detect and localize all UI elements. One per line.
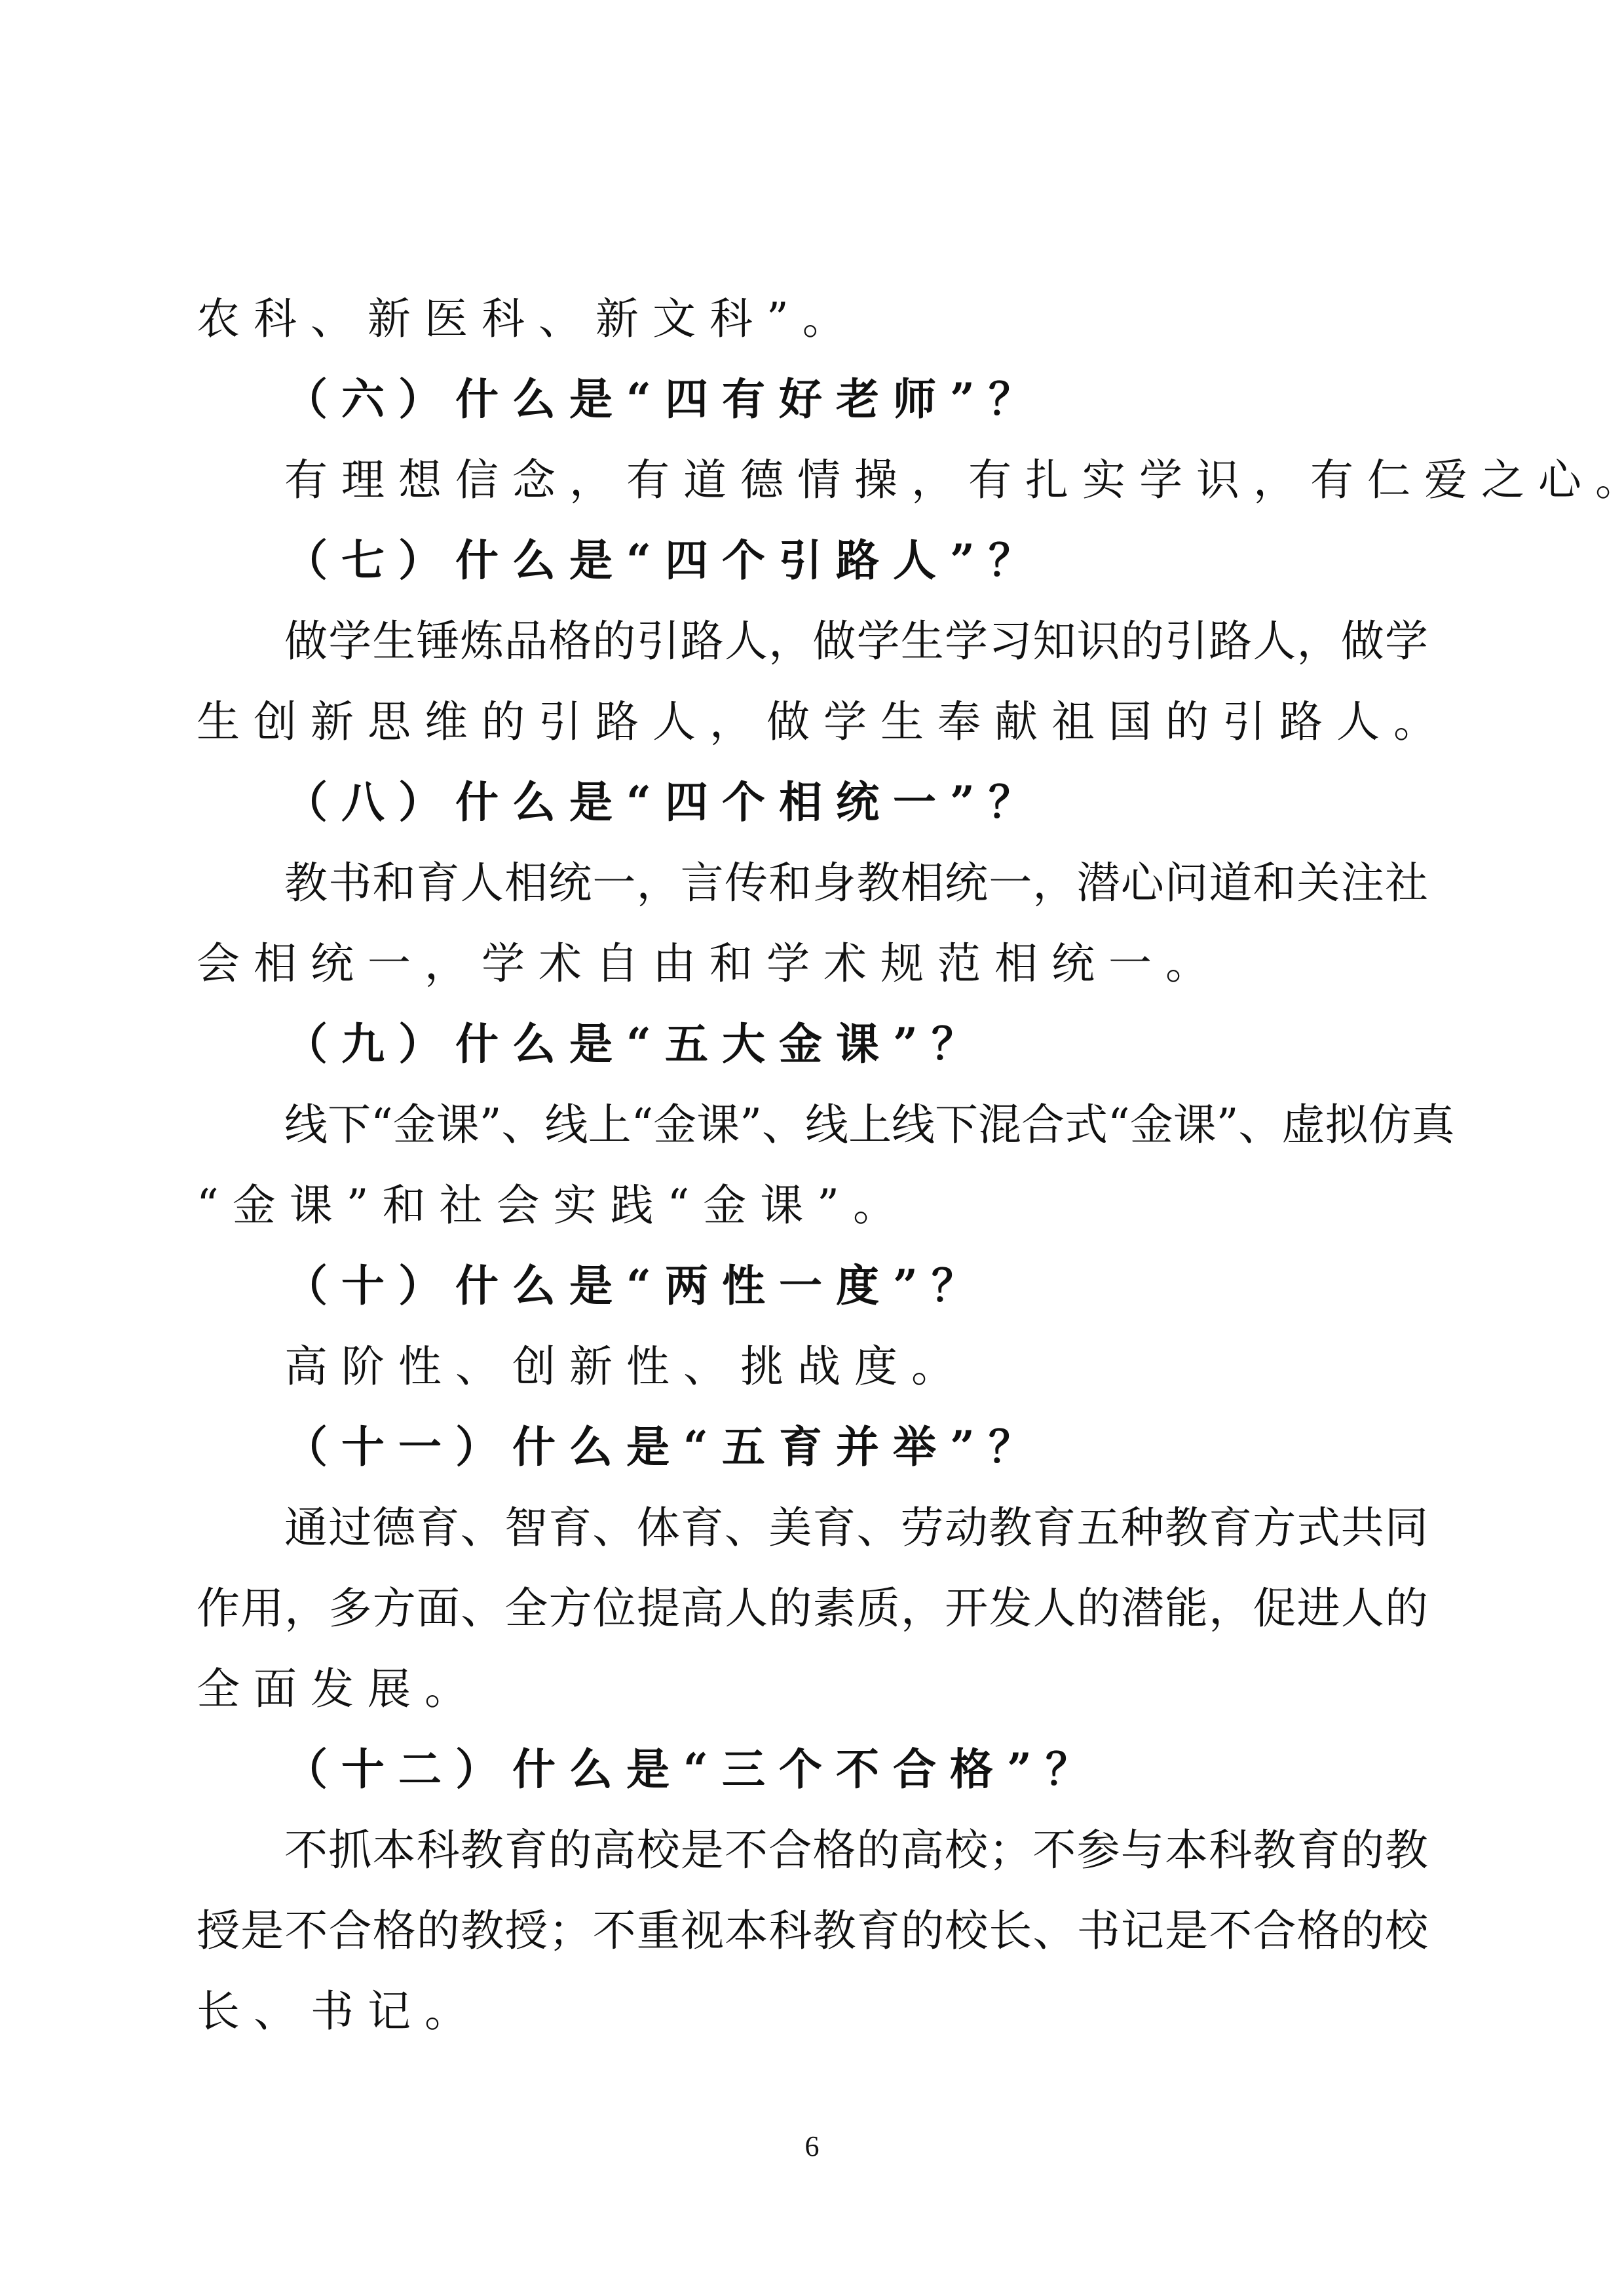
section-heading-9: （九）什么是“五大金课”？: [197, 1004, 1428, 1084]
paragraph-line: 高阶性、创新性、挑战度。: [197, 1326, 1428, 1407]
paragraph-line: 生创新思维的引路人，做学生奉献祖国的引路人。: [197, 681, 1428, 762]
section-heading-8: （八）什么是“四个相统一”？: [197, 762, 1428, 843]
paragraph-line: 农科、新医科、新文科”。: [197, 278, 1428, 359]
paragraph-line: 长、书记。: [197, 1971, 1428, 2052]
document-page: 农科、新医科、新文科”。 （六）什么是“四有好老师”？ 有理想信念，有道德情操，…: [0, 0, 1624, 2296]
page-number: 6: [0, 2130, 1624, 2163]
paragraph-line: 授是不合格的教授；不重视本科教育的校长、书记是不合格的校: [197, 1890, 1428, 1971]
section-heading-10: （十）什么是“两性一度”？: [197, 1246, 1428, 1326]
paragraph-line: 教书和育人相统一，言传和身教相统一，潜心问道和关注社: [197, 843, 1428, 923]
section-heading-7: （七）什么是“四个引路人”？: [197, 520, 1428, 601]
section-heading-11: （十一）什么是“五育并举”？: [197, 1407, 1428, 1487]
paragraph-line: 不抓本科教育的高校是不合格的高校；不参与本科教育的教: [197, 1810, 1428, 1890]
document-body: 农科、新医科、新文科”。 （六）什么是“四有好老师”？ 有理想信念，有道德情操，…: [197, 278, 1428, 2052]
paragraph-line: “金课”和社会实践“金课”。: [197, 1165, 1428, 1246]
section-heading-12: （十二）什么是“三个不合格”？: [197, 1729, 1428, 1810]
paragraph-line: 作用，多方面、全方位提高人的素质，开发人的潜能，促进人的: [197, 1568, 1428, 1649]
section-heading-6: （六）什么是“四有好老师”？: [197, 359, 1428, 440]
paragraph-line: 做学生锤炼品格的引路人，做学生学习知识的引路人，做学: [197, 601, 1428, 681]
paragraph-line: 会相统一，学术自由和学术规范相统一。: [197, 923, 1428, 1004]
paragraph-line: 通过德育、智育、体育、美育、劳动教育五种教育方式共同: [197, 1487, 1428, 1568]
paragraph-line: 全面发展。: [197, 1649, 1428, 1729]
paragraph-line: 有理想信念，有道德情操，有扎实学识，有仁爱之心。: [197, 440, 1428, 520]
paragraph-line: 线下“金课”、线上“金课”、线上线下混合式“金课”、虚拟仿真: [197, 1084, 1428, 1165]
